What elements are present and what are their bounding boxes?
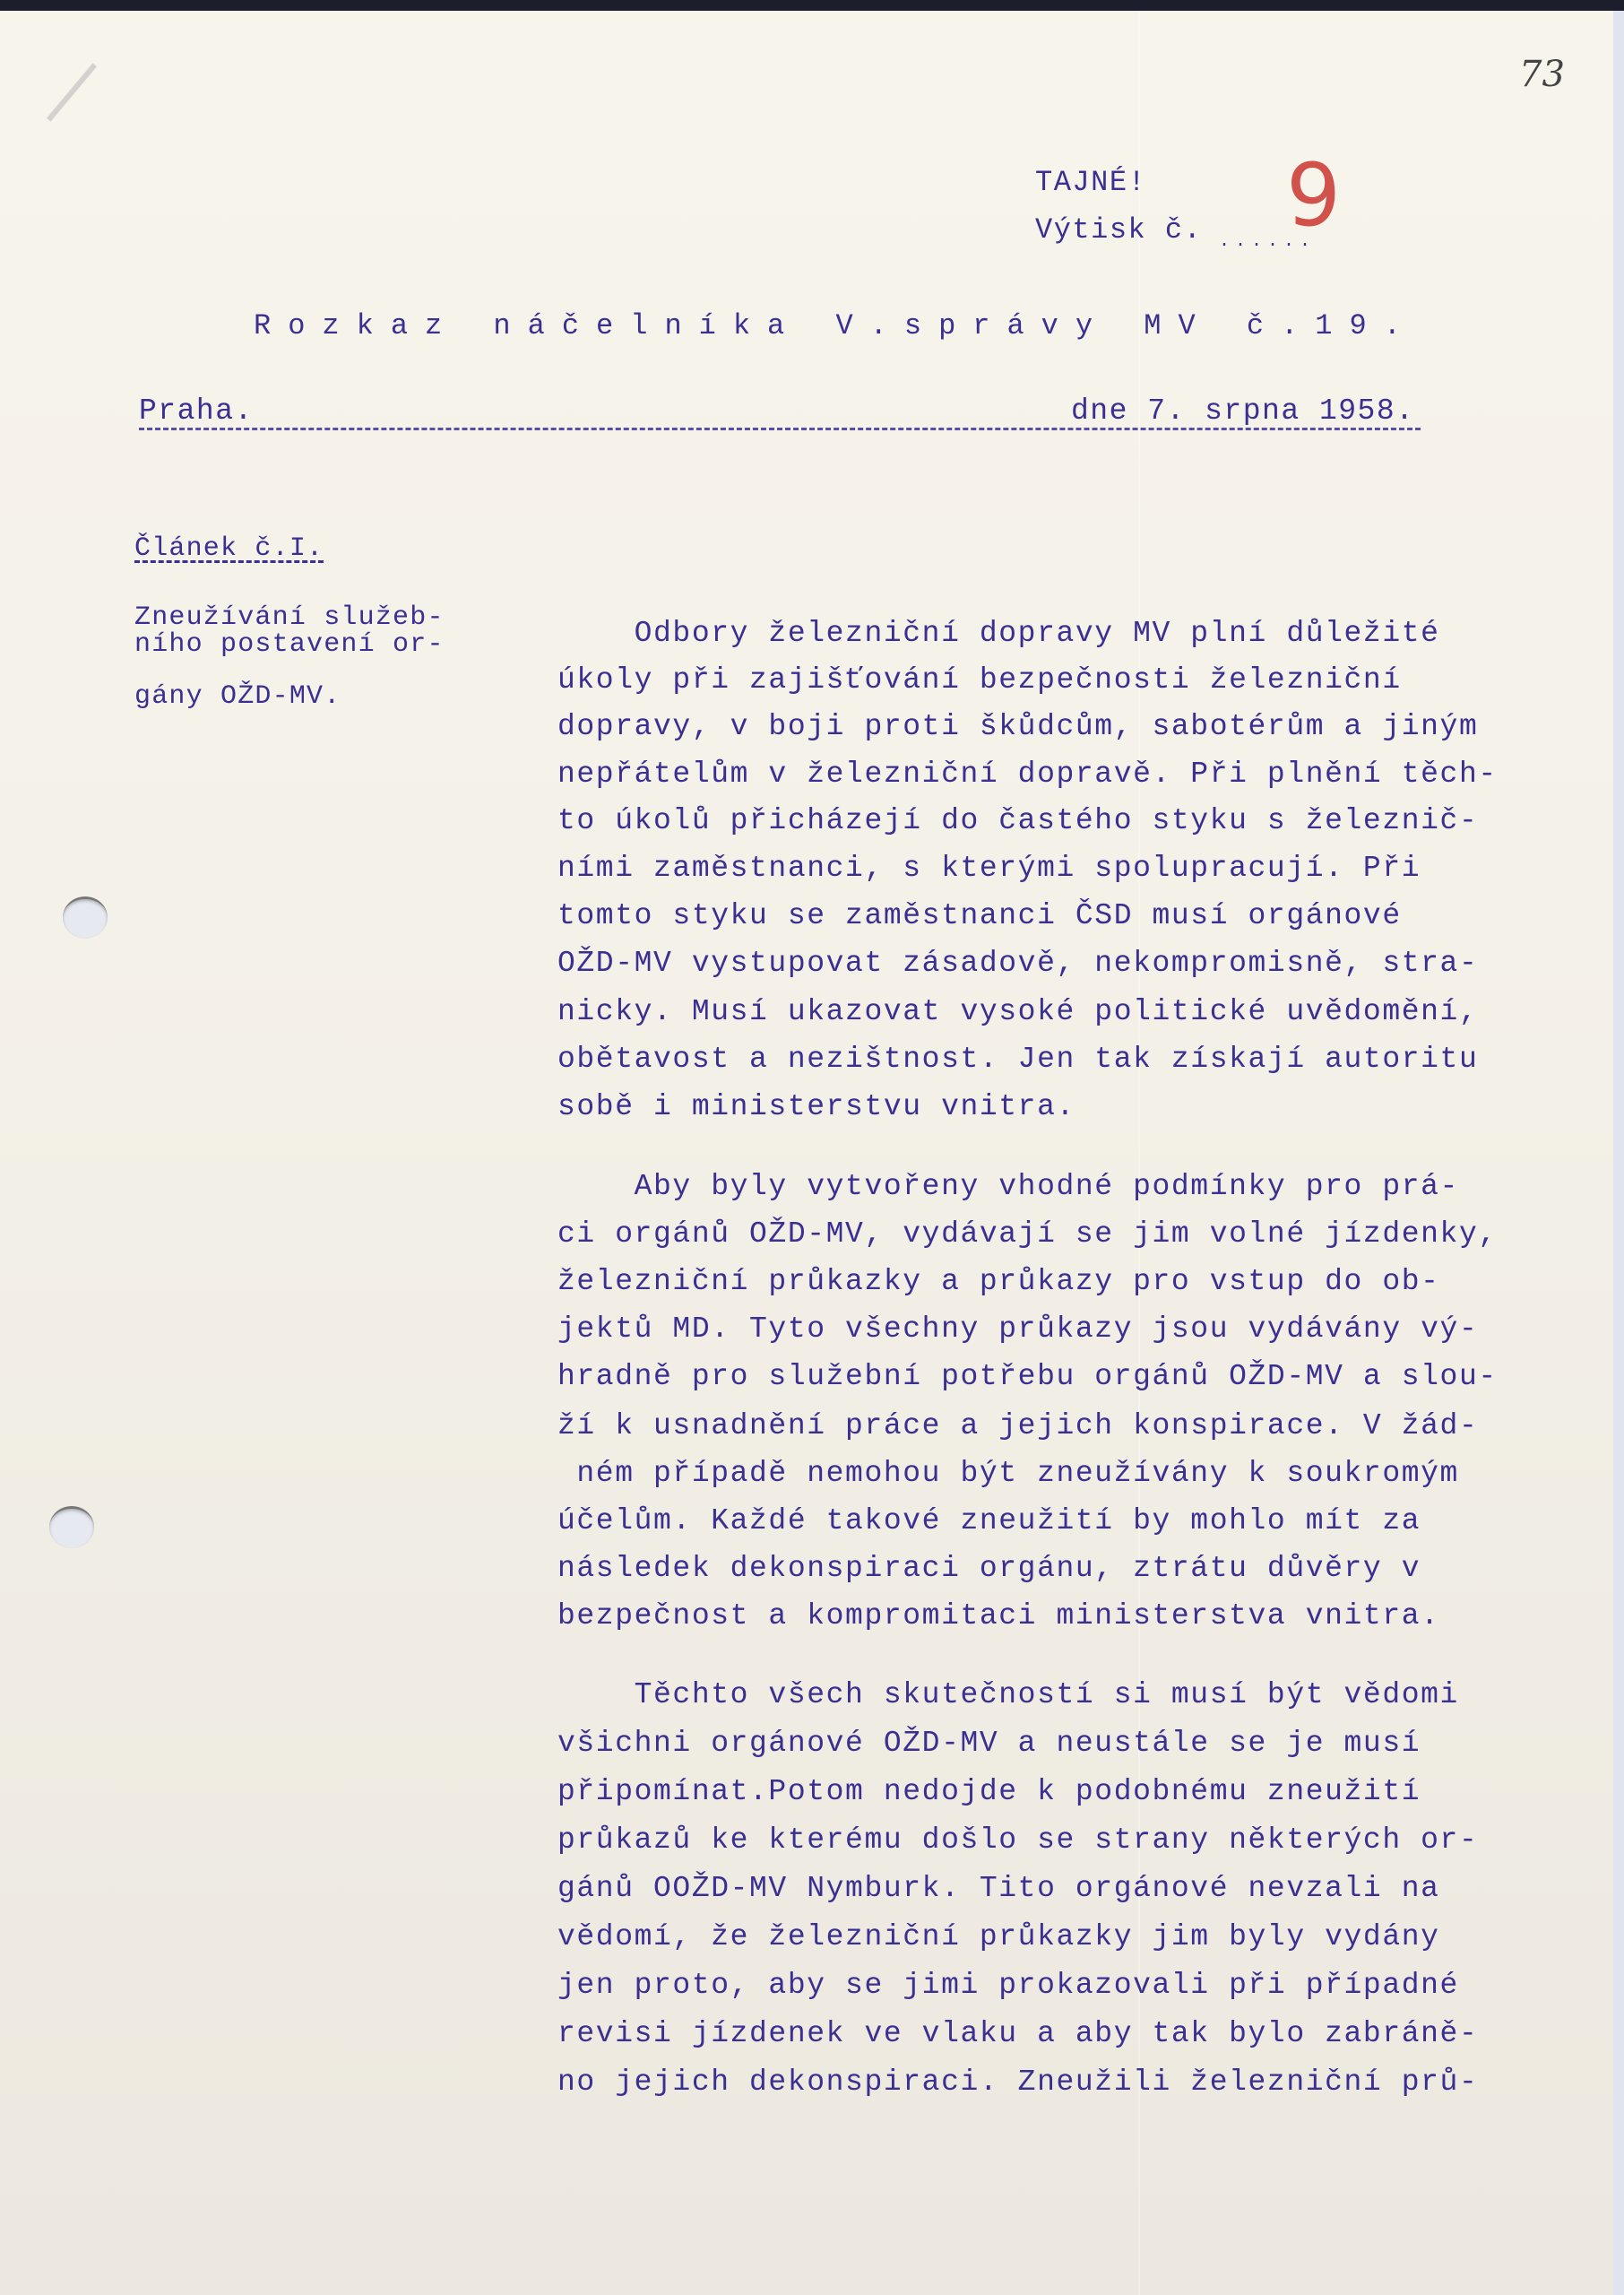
document-title: Rozkaz náčelníka V.správy MV č.19. xyxy=(254,309,1418,342)
body-line: průkazů ke kterému došlo se strany někte… xyxy=(557,1823,1478,1857)
body-line: Těchto všech skutečností si musí být věd… xyxy=(557,1678,1459,1711)
body-line: nepřátelům v železniční dopravě. Při pln… xyxy=(557,758,1498,791)
body-line: no jejich dekonspiraci. Zneužili železni… xyxy=(557,2065,1478,2099)
side-title-line: Zneužívání služeb- xyxy=(134,602,445,633)
side-title-line: gány OŽD-MV. xyxy=(134,681,341,712)
folio-number: 73 xyxy=(1519,54,1565,95)
body-line: Aby byly vytvořeny vhodné podmínky pro p… xyxy=(557,1170,1459,1203)
punch-hole-icon xyxy=(49,1506,94,1548)
date: dne 7. srpna 1958. xyxy=(1071,394,1414,428)
body-line: gánů OOŽD-MV Nymburk. Tito orgánové nevz… xyxy=(557,1872,1440,1905)
body-line: ném případě nemohou být zneužívány k sou… xyxy=(557,1457,1459,1490)
side-title-line: ního postavení or- xyxy=(134,629,445,660)
body-line: ními zaměstnanci, s kterými spolupracují… xyxy=(557,852,1421,885)
dashed-underline xyxy=(139,428,1421,430)
place: Praha. xyxy=(139,394,254,428)
body-line: Odbory železniční dopravy MV plní důleži… xyxy=(557,617,1440,650)
body-line: revisi jízdenek ve vlaku a aby tak bylo … xyxy=(557,2017,1478,2050)
copy-number-stamp: 9 xyxy=(1286,152,1341,238)
body-line: bezpečnost a kompromitaci ministerstva v… xyxy=(557,1599,1440,1632)
body-line: jektů MD. Tyto všechny průkazy jsou vydá… xyxy=(557,1312,1478,1346)
body-line: ci orgánů OŽD-MV, vydávají se jim volné … xyxy=(557,1217,1498,1251)
body-line: OŽD-MV vystupovat zásadově, nekompromisn… xyxy=(557,947,1478,980)
body-line: jen proto, aby se jimi prokazovali při p… xyxy=(557,1969,1459,2002)
punch-hole-icon xyxy=(63,896,108,939)
body-line: následek dekonspiraci orgánu, ztrátu dův… xyxy=(557,1552,1421,1585)
classification-label: TAJNÉ! xyxy=(1035,166,1146,199)
body-line: to úkolů přicházejí do častého styku s ž… xyxy=(557,804,1478,837)
body-line: hradně pro služební potřebu orgánů OŽD-M… xyxy=(557,1360,1498,1393)
scanner-right-edge xyxy=(1613,11,1624,2295)
body-line: vědomí, že železniční průkazky jim byly … xyxy=(557,1920,1440,1953)
copy-label: Výtisk č. xyxy=(1035,213,1202,247)
place-date-line: Praha. dne 7. srpna 1958. xyxy=(139,394,1421,430)
body-line: ží k usnadnění práce a jejich konspirace… xyxy=(557,1409,1478,1442)
body-line: úkoly při zajišťování bezpečnosti železn… xyxy=(557,663,1402,697)
body-line: obětavost a nezištnost. Jen tak získají … xyxy=(557,1043,1478,1076)
body-line: všichni orgánové OŽD-MV a neustále se je… xyxy=(557,1727,1421,1760)
body-line: železniční průkazky a průkazy pro vstup … xyxy=(557,1265,1440,1298)
article-heading: Článek č.I. xyxy=(134,533,324,564)
body-line: připomínat.Potom nedojde k podobnému zne… xyxy=(557,1775,1421,1808)
body-line: tomto styku se zaměstnanci ČSD musí orgá… xyxy=(557,899,1402,932)
body-line: účelům. Každé takové zneužití by mohlo m… xyxy=(557,1504,1421,1537)
body-line: dopravy, v boji proti škůdcům, sabotérům… xyxy=(557,710,1478,743)
body-line: nicky. Musí ukazovat vysoké politické uv… xyxy=(557,995,1478,1028)
body-line: sobě i ministerstvu vnitra. xyxy=(557,1090,1075,1123)
